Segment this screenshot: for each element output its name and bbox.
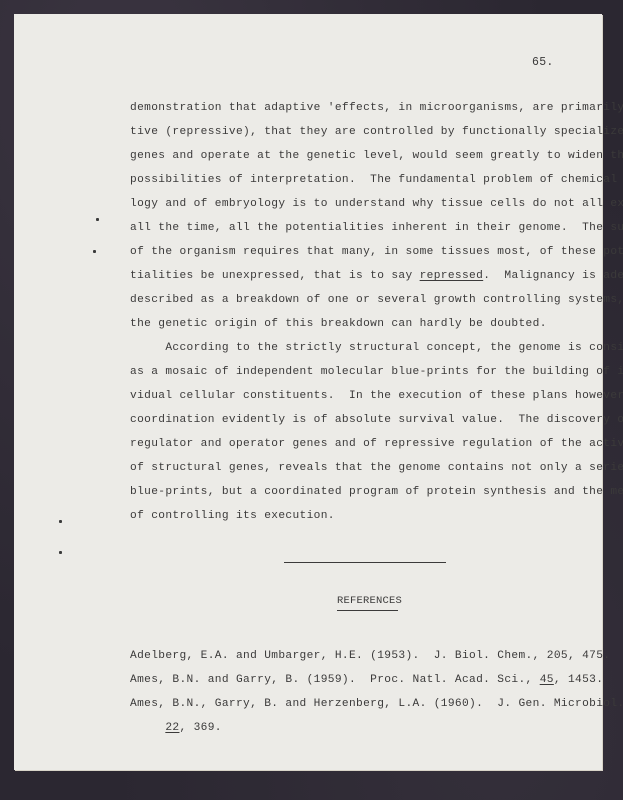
reference-item: Adelberg, E.A. and Umbarger, H.E. (1953)… bbox=[130, 649, 610, 663]
margin-mark bbox=[59, 551, 62, 554]
section-divider bbox=[284, 562, 446, 563]
volume-number: 22 bbox=[165, 722, 179, 734]
page-number: 65. bbox=[532, 56, 554, 69]
text-span: tialities be unexpressed, that is to say bbox=[130, 270, 420, 282]
reference-continuation: 22, 369. bbox=[130, 721, 222, 735]
text-line: According to the strictly structural con… bbox=[130, 341, 623, 355]
text-line: the genetic origin of this breakdown can… bbox=[130, 317, 547, 331]
underlined-word: repressed bbox=[420, 270, 484, 282]
document-page: 65. demonstration that adaptive 'effects… bbox=[14, 14, 602, 770]
margin-mark bbox=[96, 218, 99, 221]
text-line: possibilities of interpretation. The fun… bbox=[130, 173, 623, 187]
text-line: tialities be unexpressed, that is to say… bbox=[130, 269, 623, 283]
references-heading: REFERENCES bbox=[337, 595, 402, 607]
text-line: regulator and operator genes and of repr… bbox=[130, 437, 623, 451]
reference-item: Ames, B.N. and Garry, B. (1959). Proc. N… bbox=[130, 673, 603, 687]
margin-mark bbox=[59, 520, 62, 523]
heading-underline bbox=[337, 610, 398, 611]
text-line: of the organism requires that many, in s… bbox=[130, 245, 623, 259]
text-span: . Malignancy is adequately bbox=[483, 270, 623, 282]
text-line: all the time, all the potentialities inh… bbox=[130, 221, 623, 235]
text-line: vidual cellular constituents. In the exe… bbox=[130, 389, 623, 403]
text-span: Ames, B.N. and Garry, B. (1959). Proc. N… bbox=[130, 674, 540, 686]
text-line: tive (repressive), that they are control… bbox=[130, 125, 623, 139]
text-span: , 369. bbox=[179, 722, 221, 734]
text-line: genes and operate at the genetic level, … bbox=[130, 149, 623, 163]
text-span bbox=[130, 722, 165, 734]
text-line: coordination evidently is of absolute su… bbox=[130, 413, 623, 427]
text-line: demonstration that adaptive 'effects, in… bbox=[130, 101, 623, 115]
text-line: blue-prints, but a coordinated program o… bbox=[130, 485, 623, 499]
text-line: logy and of embryology is to understand … bbox=[130, 197, 623, 211]
reference-item: Ames, B.N., Garry, B. and Herzenberg, L.… bbox=[130, 697, 623, 711]
margin-mark bbox=[93, 250, 96, 253]
text-span: Adelberg, E.A. and Umbarger, H.E. (1953)… bbox=[130, 650, 610, 662]
text-line: described as a breakdown of one or sever… bbox=[130, 293, 623, 307]
text-span: Ames, B.N., Garry, B. and Herzenberg, L.… bbox=[130, 698, 623, 710]
text-span: , 1453. bbox=[554, 674, 603, 686]
text-line: of controlling its execution. bbox=[130, 509, 335, 523]
volume-number: 45 bbox=[540, 674, 554, 686]
text-line: as a mosaic of independent molecular blu… bbox=[130, 365, 623, 379]
text-line: of structural genes, reveals that the ge… bbox=[130, 461, 623, 475]
